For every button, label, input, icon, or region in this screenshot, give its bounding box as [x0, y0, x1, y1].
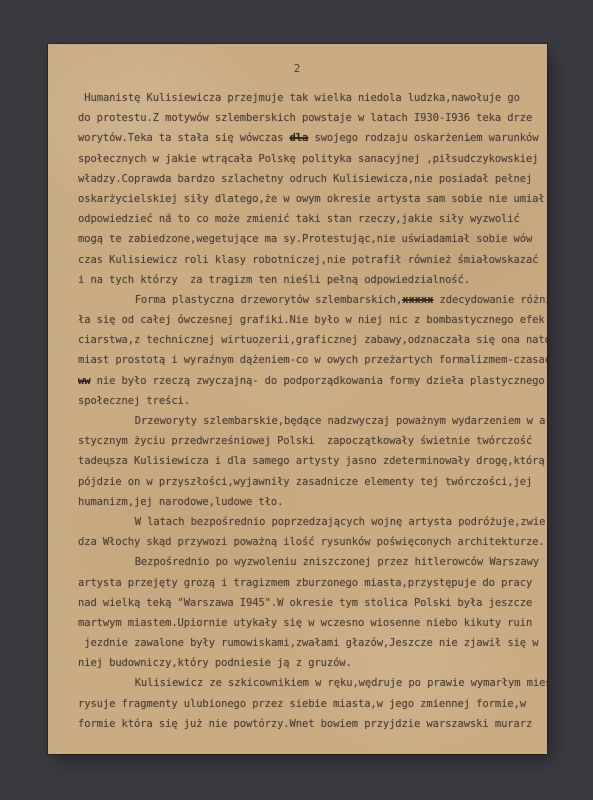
- typewritten-line: ciarstwa,z technicznej wirtuozerii,grafi…: [78, 330, 543, 350]
- typewritten-line: miast prostotą i wyraźnym dążeniem-co w …: [78, 350, 543, 370]
- typewritten-line: Humanistę Kulisiewicza przejmuje tak wie…: [78, 88, 543, 108]
- typewritten-line: artysta przejęty grozą i tragizmem zburz…: [78, 573, 543, 593]
- typewritten-line: formie która się już nie powtórzy.Wnet b…: [78, 714, 543, 734]
- typewritten-line: Kulisiewicz ze szkicownikiem w ręku,wędr…: [78, 673, 543, 693]
- overstruck-text: dla: [290, 132, 309, 144]
- typewritten-line: społecznej treści.: [78, 391, 543, 411]
- typewritten-line: stycznym życiu przedwrześniowej Polski z…: [78, 431, 543, 451]
- typewritten-line: tadeusza Kulisiewicza i dla samego artys…: [78, 451, 543, 471]
- typewritten-line: worytów.Teka ta stała się wówczas dla sw…: [78, 128, 543, 148]
- typewritten-line: W latach bezpośrednio poprzedzających wo…: [78, 512, 543, 532]
- typewritten-line: ww nie było rzeczą zwyczajną- do podporz…: [78, 371, 543, 391]
- typewritten-line: mogą te zabiedzone,wegetujące ma sy.Prot…: [78, 229, 543, 249]
- typewritten-line: i na tych którzy za tragizm ten nieśli p…: [78, 270, 543, 290]
- typewritten-line: jezdnie zawalone były rumowiskami,zwałam…: [78, 633, 543, 653]
- typewritten-line: Forma plastyczna drzeworytów szlembarski…: [78, 290, 543, 310]
- page-number: 2: [48, 62, 547, 75]
- typewritten-line: dza Włochy skąd przywozi poważną ilość r…: [78, 532, 543, 552]
- typewritten-line: martwym miastem.Upiornie utykały się w w…: [78, 613, 543, 633]
- typewritten-line: ła się od całej ówczesnej grafiki.Nie by…: [78, 310, 543, 330]
- typewritten-line: władzy.Coprawda bardzo szlachetny odruch…: [78, 169, 543, 189]
- typewritten-line: czas Kulisiewicz roli klasy robotniczej,…: [78, 250, 543, 270]
- typewritten-line: nad wielką teką "Warszawa I945".W okresi…: [78, 593, 543, 613]
- typewritten-line: do protestu.Z motywów szlemberskich pows…: [78, 108, 543, 128]
- typewritten-line: społecznych w jakie wtrącała Polskę poli…: [78, 149, 543, 169]
- paper-specks: [48, 44, 50, 46]
- overstruck-text: xxxxx: [402, 294, 433, 306]
- scan-background: { "page": { "number": "2", "backdrop_col…: [0, 0, 593, 800]
- typewritten-line: humanizm,jej narodowe,ludowe tło.: [78, 492, 543, 512]
- typewritten-line: niej budowniczy,który podniesie ją z gru…: [78, 653, 543, 673]
- typewritten-line: Drzeworyty szlembarskie,będące nadzwycza…: [78, 411, 543, 431]
- typewritten-text-block: Humanistę Kulisiewicza przejmuje tak wie…: [78, 88, 543, 734]
- paper-page: 2 Humanistę Kulisiewicza przejmuje tak w…: [48, 44, 547, 754]
- typewritten-line: oskarżycielskiej siły dlatego,że w owym …: [78, 189, 543, 209]
- typewritten-line: pójdzie on w przyszłości,wyjawniły zasad…: [78, 472, 543, 492]
- overstruck-text: ww: [78, 375, 90, 387]
- typewritten-line: odpowiedzieć na to co może zmienić taki …: [78, 209, 543, 229]
- typewritten-line: rysuje fragmenty ulubionego przez siebie…: [78, 694, 543, 714]
- typewritten-line: Bezpośrednio po wyzwoleniu zniszczonej p…: [78, 552, 543, 572]
